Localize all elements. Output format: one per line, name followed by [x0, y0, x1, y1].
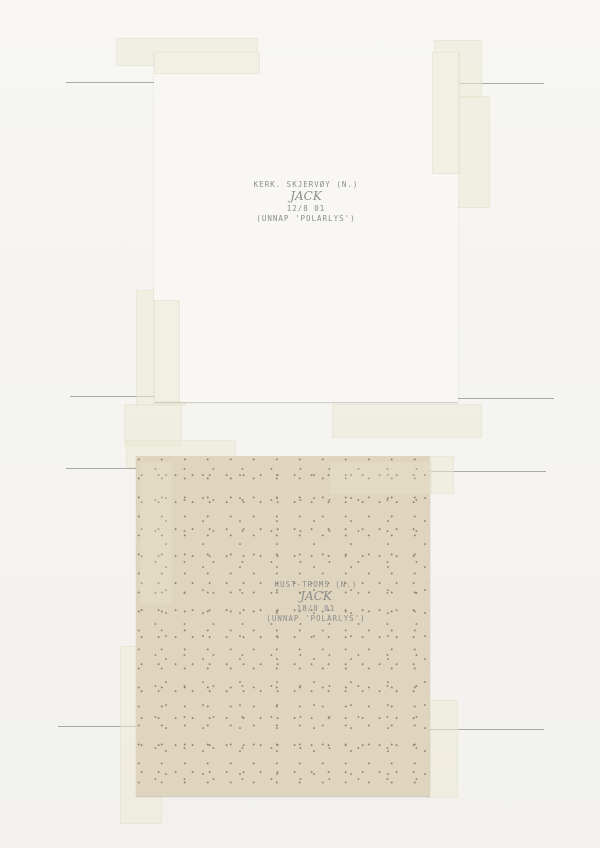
annotation-work: (UNNAP 'POLARLYS') [154, 214, 458, 223]
annotation-date: 18/8 01 [196, 604, 436, 613]
annotation-date: 12/8 01 [154, 204, 458, 213]
guide-line [66, 82, 154, 83]
annotation-artist: JACK [196, 589, 436, 604]
guide-line [458, 398, 554, 399]
sheet-annotation-top: KERK. SKJERVØY (N.) JACK 12/8 01 (UNNAP … [154, 180, 458, 223]
annotation-location: KERK. SKJERVØY (N.) [154, 180, 458, 189]
tape-strip [332, 404, 482, 438]
artwork-sheet-top [154, 52, 458, 402]
tape-strip [154, 52, 260, 74]
mounting-board: KERK. SKJERVØY (N.) JACK 12/8 01 (UNNAP … [0, 0, 600, 848]
annotation-location: KUST-TROMS (N.) [196, 580, 436, 589]
tape-strip [330, 462, 432, 494]
artwork-sheet-bottom [136, 456, 430, 796]
guide-line [66, 468, 136, 469]
sheet-annotation-bottom: KUST-TROMS (N.) JACK 18/8 01 (UNNAP 'POL… [196, 580, 436, 623]
annotation-work: (UNNAP 'POLARLYS') [196, 614, 436, 623]
tape-strip [140, 462, 172, 604]
tape-strip [432, 52, 460, 174]
tape-strip [426, 700, 458, 798]
tape-strip [154, 300, 180, 402]
annotation-artist: JACK [154, 189, 458, 204]
